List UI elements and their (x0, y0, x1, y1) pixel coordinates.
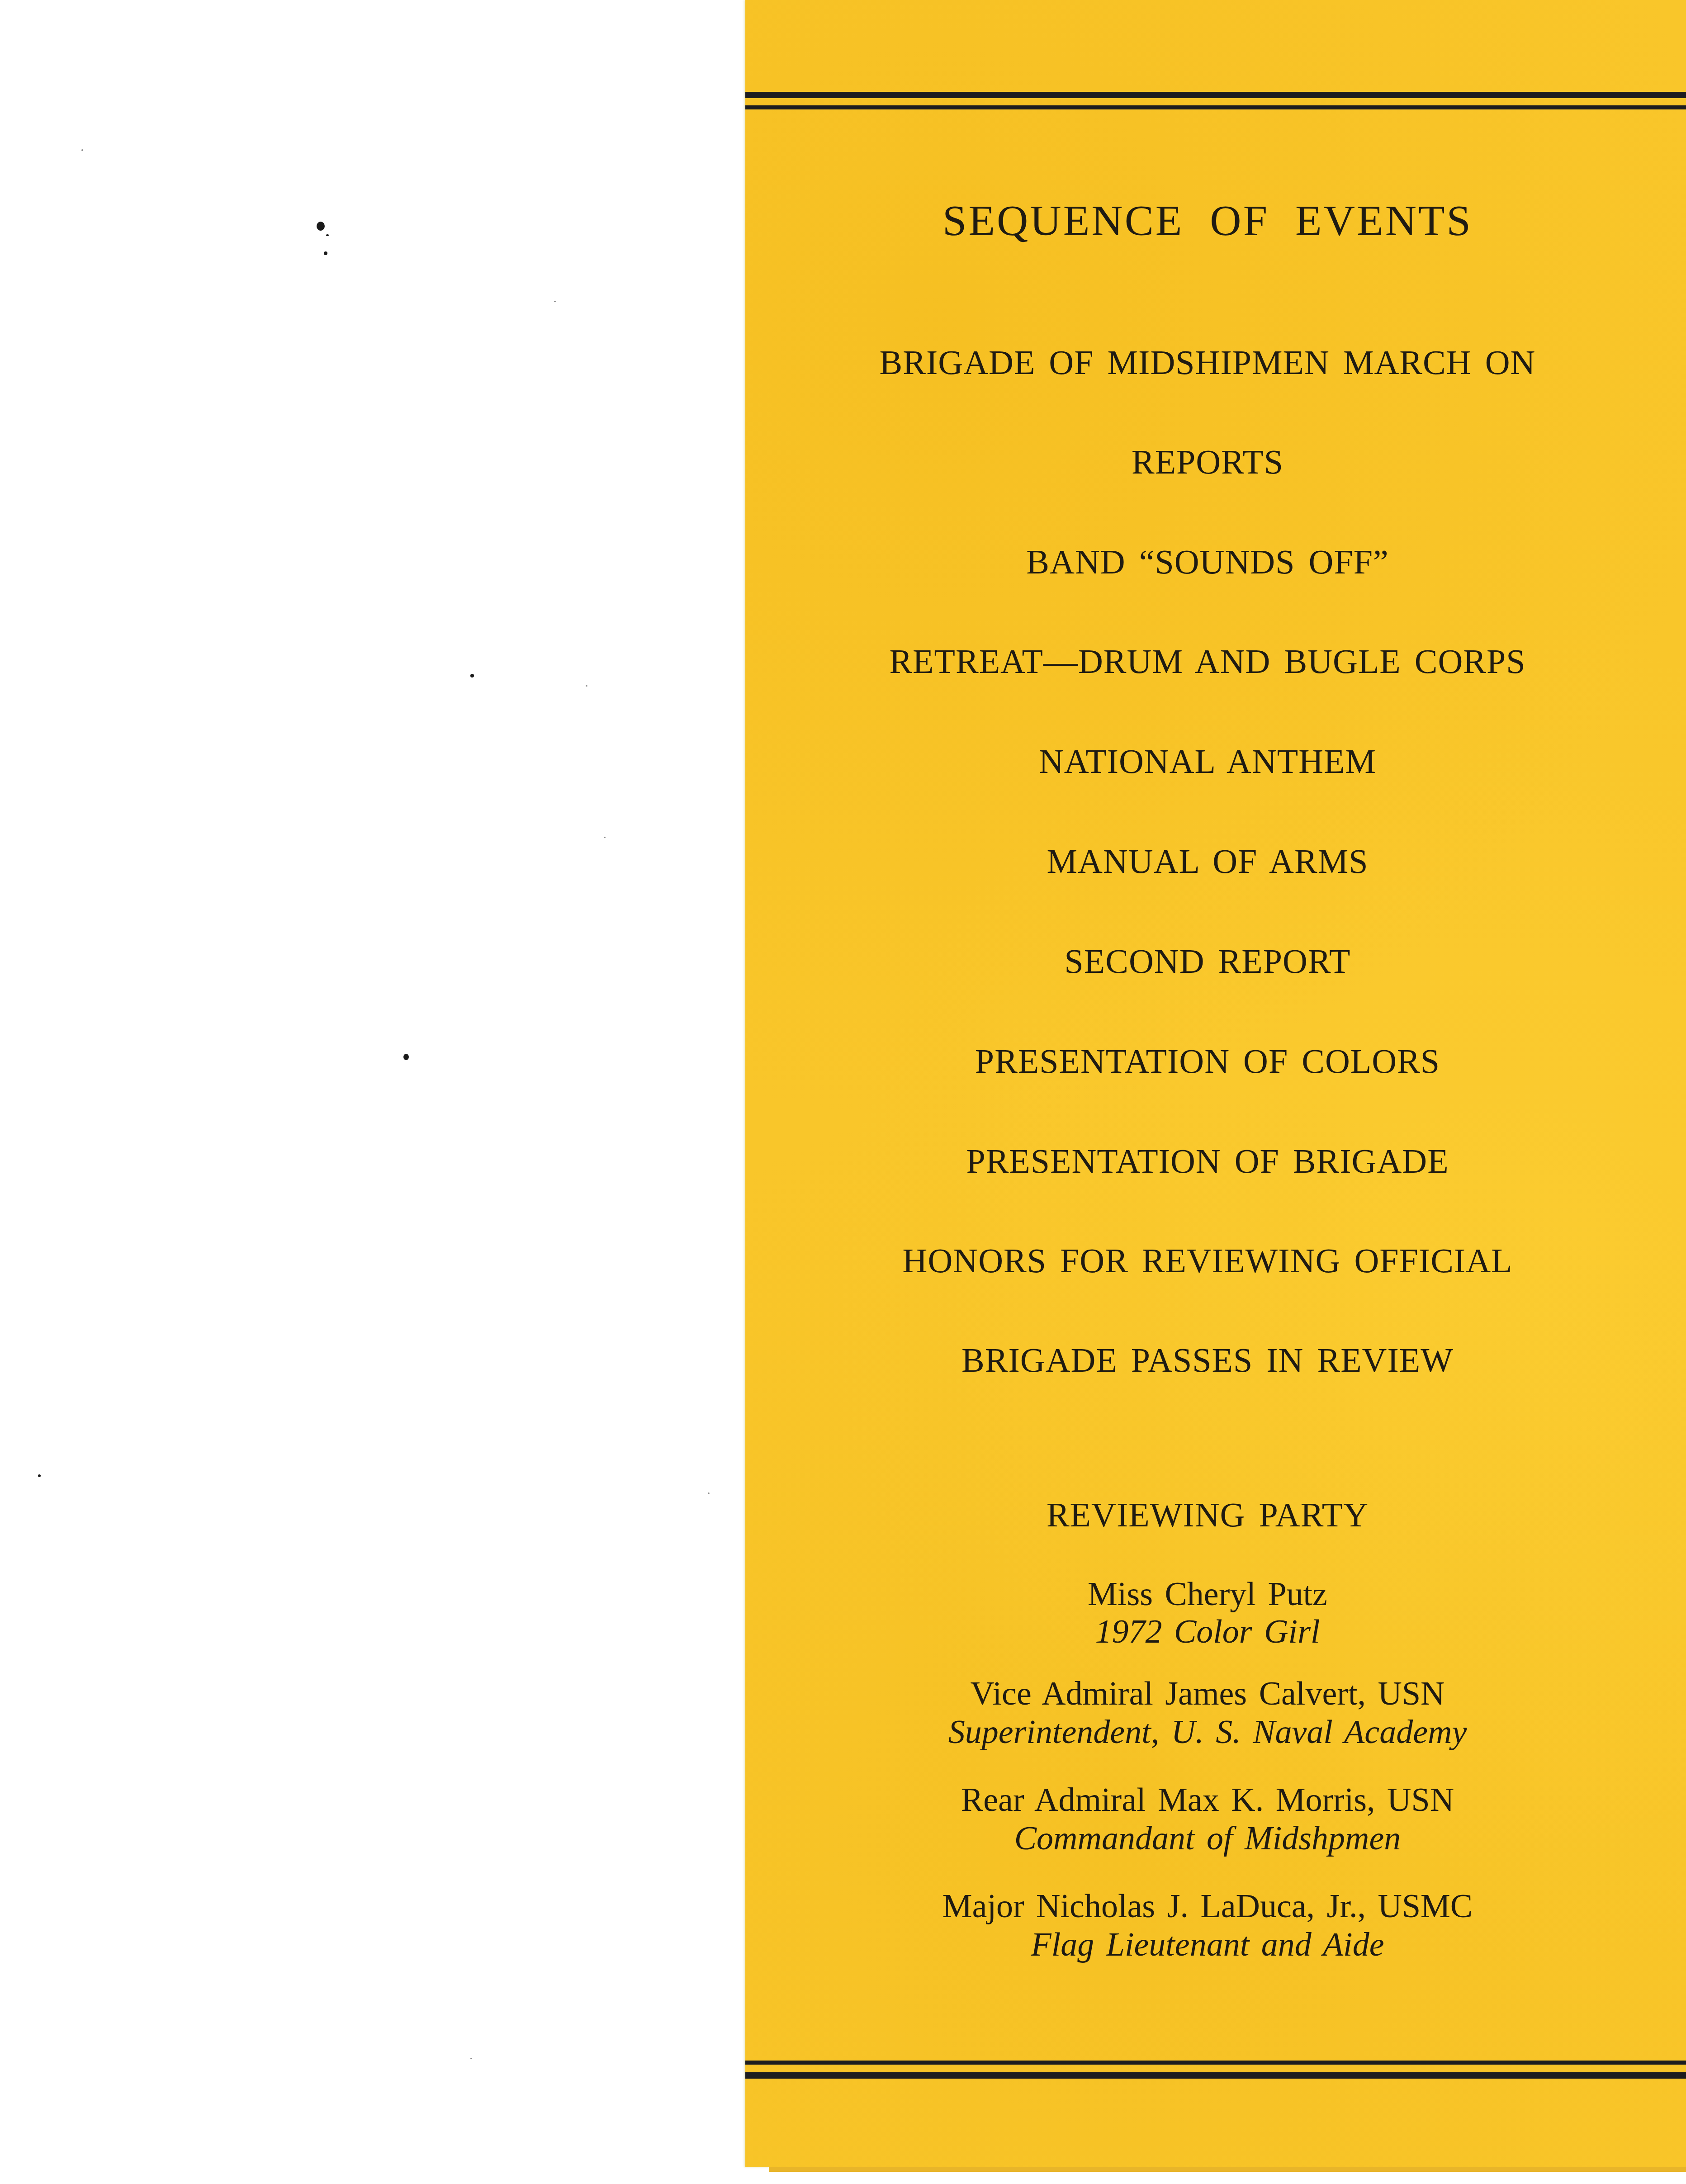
scan-speck (554, 301, 556, 302)
program-page: SEQUENCE OF EVENTS BRIGADE OF MIDSHIPMEN… (745, 0, 1686, 2167)
event-item: BAND “SOUNDS OFF” (729, 543, 1686, 582)
event-item: PRESENTATION OF COLORS (729, 1042, 1686, 1081)
scan-speck (470, 2058, 472, 2059)
party-member-name: Major Nicholas J. LaDuca, Jr., USMC (729, 1887, 1686, 1926)
party-member-name: Vice Admiral James Calvert, USN (729, 1675, 1686, 1713)
event-item: HONORS FOR REVIEWING OFFICIAL (729, 1241, 1686, 1281)
party-member-role: 1972 Color Girl (729, 1613, 1686, 1651)
event-item: SECOND REPORT (729, 942, 1686, 981)
scan-speck (81, 149, 83, 151)
event-item: BRIGADE OF MIDSHIPMEN MARCH ON (729, 343, 1686, 383)
page-edge-shadow (769, 2167, 1686, 2172)
party-member-name: Rear Admiral Max K. Morris, USN (729, 1781, 1686, 1819)
reviewing-party-heading: REVIEWING PARTY (729, 1496, 1686, 1535)
event-item: PRESENTATION OF BRIGADE (729, 1142, 1686, 1181)
party-member-role: Superintendent, U. S. Naval Academy (729, 1713, 1686, 1752)
top-rule-thick (745, 92, 1686, 98)
scan-speck (324, 251, 327, 255)
scan-speck (470, 674, 474, 677)
page-title: SEQUENCE OF EVENTS (729, 195, 1686, 246)
event-item: BRIGADE PASSES IN REVIEW (729, 1341, 1686, 1380)
bottom-rule-thick (745, 2072, 1686, 2079)
party-member-role: Flag Lieutenant and Aide (729, 1926, 1686, 1964)
scan-speck (317, 222, 325, 231)
bottom-rule-thin (745, 2061, 1686, 2065)
scan-speck (604, 837, 606, 838)
scan-speck (708, 1492, 710, 1494)
event-item: NATIONAL ANTHEM (729, 742, 1686, 782)
scan-speck (403, 1054, 409, 1060)
event-item: REPORTS (729, 443, 1686, 482)
party-member-name: Miss Cheryl Putz (729, 1575, 1686, 1614)
event-item: RETREAT—DRUM AND BUGLE CORPS (729, 642, 1686, 682)
party-member-role: Commandant of Midshpmen (729, 1819, 1686, 1858)
scan-speck (38, 1474, 41, 1477)
event-item: MANUAL OF ARMS (729, 842, 1686, 881)
scan-speck (326, 234, 329, 236)
scan-speck (586, 685, 587, 687)
top-rule-thin (745, 105, 1686, 109)
